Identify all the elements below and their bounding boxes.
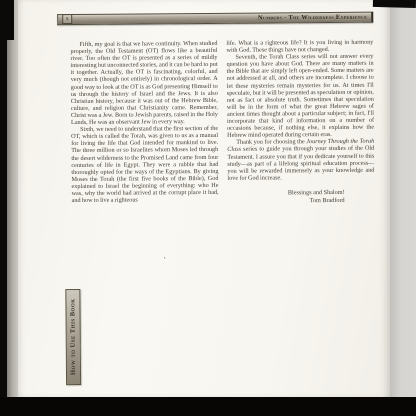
- page-right-edge-shadow: [390, 0, 416, 397]
- header-title: Numbers - The Wilderness Experience: [258, 13, 367, 23]
- paragraph-fifth: Fifth, my goal is that we have continuit…: [70, 40, 218, 126]
- page-content: x Numbers - The Wilderness Experience Fi…: [17, 0, 392, 398]
- sidebar-tab-how-to-use-this-book: How to Use This Book: [65, 289, 81, 385]
- scanned-book-photo: x Numbers - The Wilderness Experience Fi…: [0, 0, 416, 416]
- paragraph-seventh: Seventh, the Torah Class series will not…: [226, 53, 374, 139]
- paragraph-thanks: Thank you for choosing the Journey Throu…: [227, 138, 374, 182]
- scan-dust-speck: [164, 257, 165, 258]
- header-bar-inner: x Numbers - The Wilderness Experience: [58, 13, 371, 24]
- scan-background: x Numbers - The Wilderness Experience Fi…: [7, 0, 416, 397]
- closing-signature: Blessings and Shalom! Tom Bradford: [228, 189, 375, 206]
- page-left-edge-shadow: [7, 0, 18, 397]
- photo-bottom-black-band: [0, 397, 416, 416]
- header-bar: x Numbers - The Wilderness Experience: [57, 12, 373, 25]
- two-column-text-block: Fifth, my goal is that we have continuit…: [70, 39, 374, 207]
- paragraph-sixth: Sixth, we need to understand that the fi…: [71, 125, 219, 204]
- closing-author: Tom Bradford: [228, 197, 345, 206]
- photo-corner-top-left: [0, 0, 14, 40]
- thanks-text-post: series to guide you through your studies…: [227, 145, 374, 182]
- column-right: life. What is a righteous life? It is yo…: [226, 39, 374, 206]
- page-number: x: [62, 14, 72, 24]
- paragraph-continuation: life. What is a righteous life? It is yo…: [226, 39, 373, 54]
- sidebar-tab-label: How to Use This Book: [66, 290, 80, 384]
- photo-corner-top-right: [373, 0, 416, 8]
- column-left: Fifth, my goal is that we have continuit…: [70, 40, 218, 207]
- book-page: x Numbers - The Wilderness Experience Fi…: [18, 0, 390, 397]
